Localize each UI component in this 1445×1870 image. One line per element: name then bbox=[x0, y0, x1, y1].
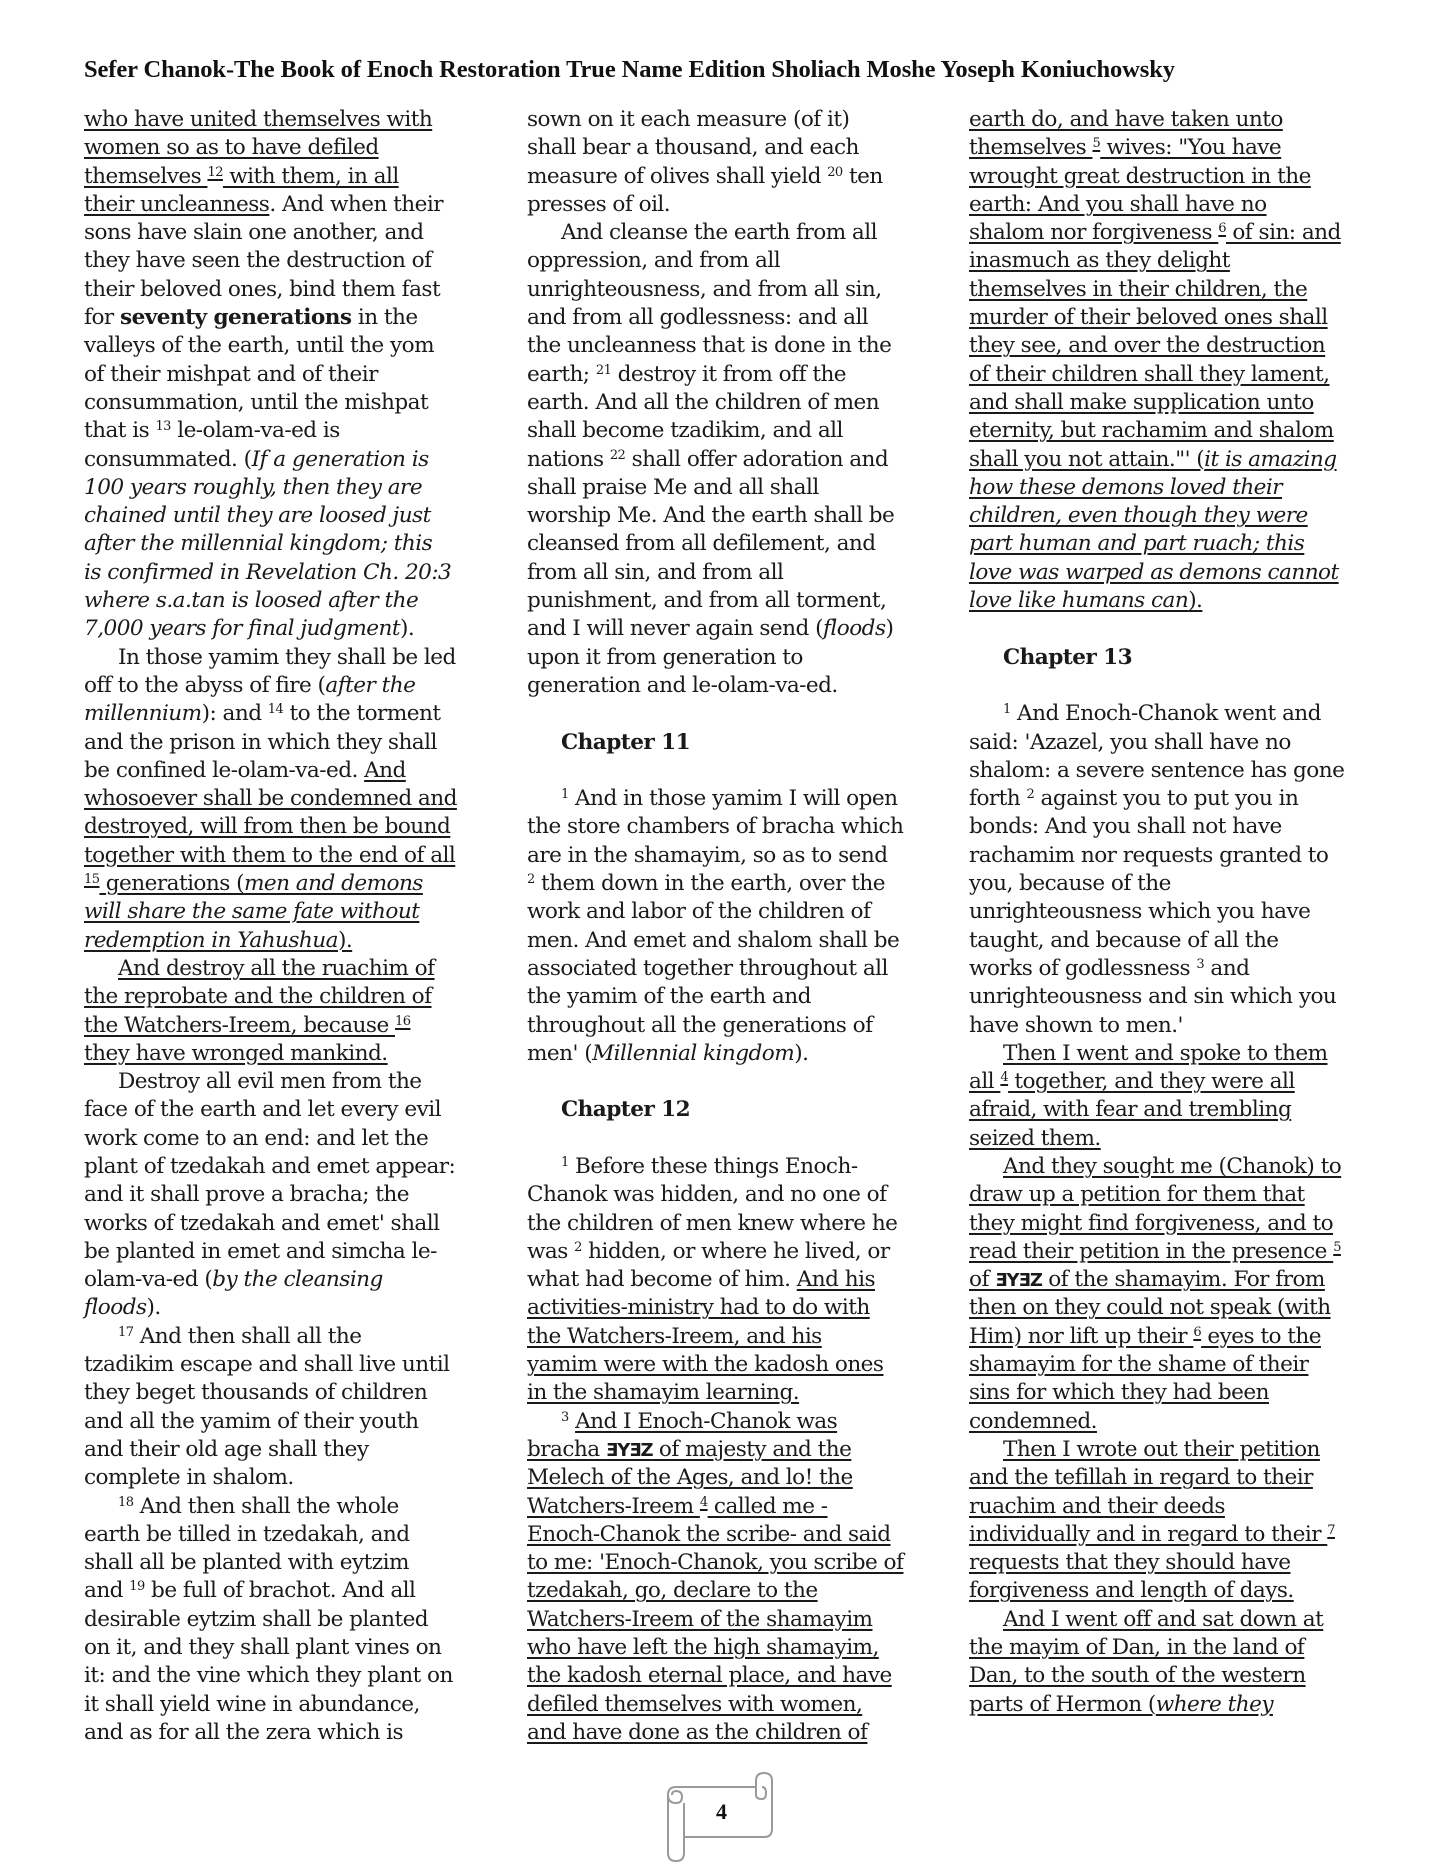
text-line: nations 22 shall offer adoration and bbox=[527, 446, 903, 474]
text-line: measure of olives shall yield 20 ten bbox=[527, 163, 903, 191]
text-run: read their petition in the presence bbox=[969, 1239, 1333, 1264]
text-run: shall become tzadikim, and all bbox=[527, 418, 843, 443]
text-run: And Enoch-Chanok went and bbox=[1011, 701, 1321, 726]
text-line: the Watchers-Ireem, because 16 bbox=[84, 1012, 457, 1040]
text-run: And cleanse the earth from all bbox=[561, 220, 877, 245]
text-line: shamayim for the shame of their bbox=[969, 1351, 1344, 1379]
text-run: Then I wrote out their petition bbox=[1003, 1437, 1320, 1462]
text-line: destroyed, will from then be bound bbox=[84, 813, 457, 841]
text-line: and as for all the zera which is bbox=[84, 1719, 457, 1747]
text-run: draw up a petition for them that bbox=[969, 1182, 1305, 1207]
text-run: sons have slain one another, and bbox=[84, 220, 423, 245]
chapter-heading: Chapter 13 bbox=[969, 644, 1344, 672]
text-line: desirable eytzim shall be planted bbox=[84, 1606, 457, 1634]
text-run: work and labor of the children of bbox=[527, 899, 870, 924]
text-line: shall you not attain."' (it is amazing bbox=[969, 446, 1344, 474]
text-line: shall bear a thousand, and each bbox=[527, 134, 903, 162]
text-run: Dan, to the south of the western bbox=[969, 1663, 1306, 1688]
text-line: be confined le-olam-va-ed. And bbox=[84, 757, 457, 785]
text-line: shalom: a severe sentence has gone bbox=[969, 757, 1344, 785]
text-line: from all sin, and from all bbox=[527, 559, 903, 587]
verse-number: 15 bbox=[84, 872, 99, 887]
text-line: 2 them down in the earth, over the bbox=[527, 870, 903, 898]
text-line: earth do, and have taken unto bbox=[969, 106, 1344, 134]
text-line: redemption in Yahushua). bbox=[84, 927, 457, 955]
text-line: draw up a petition for them that bbox=[969, 1181, 1344, 1209]
text-run: If a generation is bbox=[252, 447, 429, 472]
text-line: men' (Millennial kingdom). bbox=[527, 1040, 903, 1068]
text-run: they beget thousands of children bbox=[84, 1380, 427, 1405]
text-run: Watchers-Ireem bbox=[527, 1494, 700, 1519]
text-run: of the shamayim. For from bbox=[1042, 1267, 1325, 1292]
text-run: presses of oil. bbox=[527, 192, 670, 217]
text-line: children, even though they were bbox=[969, 502, 1344, 530]
text-line: off to the abyss of fire (after the bbox=[84, 672, 457, 700]
verse-number: 14 bbox=[268, 702, 283, 717]
text-line: forgiveness and length of days. bbox=[969, 1577, 1344, 1605]
text-line: and from all godlessness: and all bbox=[527, 304, 903, 332]
text-line: they might find forgiveness, and to bbox=[969, 1210, 1344, 1238]
text-line: In those yamim they shall be led bbox=[84, 644, 457, 672]
text-run: destroyed, will from then be bound bbox=[84, 814, 450, 839]
text-run: themselves in their children, the bbox=[969, 277, 1307, 302]
text-run: and I will never again send ( bbox=[527, 616, 823, 641]
text-run: what had become of him. bbox=[527, 1267, 797, 1292]
text-run: ). bbox=[794, 1041, 808, 1066]
text-run: floods bbox=[823, 616, 886, 641]
text-run: men and demons bbox=[244, 871, 423, 896]
text-run: . And when their bbox=[269, 192, 443, 217]
text-line: olam-va-ed (by the cleansing bbox=[84, 1266, 457, 1294]
text-line: of their mishpat and of their bbox=[84, 361, 457, 389]
text-run: nations bbox=[527, 447, 610, 472]
text-run: ) bbox=[885, 616, 893, 641]
text-line: it shall yield wine in abundance, bbox=[84, 1691, 457, 1719]
text-run: of majesty and the bbox=[653, 1437, 852, 1462]
chapter-heading: Chapter 11 bbox=[527, 729, 903, 757]
text-line: 100 years roughly, then they are bbox=[84, 474, 457, 502]
text-line: themselves in their children, the bbox=[969, 276, 1344, 304]
text-run: together, and they were all bbox=[1008, 1069, 1295, 1094]
text-line: you, because of the bbox=[969, 870, 1344, 898]
blank-line bbox=[969, 615, 1344, 643]
text-line: worship Me. And the earth shall be bbox=[527, 502, 903, 530]
verse-number: 6 bbox=[1193, 1325, 1201, 1340]
text-run: the mayim of Dan, in the land of bbox=[969, 1635, 1304, 1660]
text-run: worship Me. And the earth shall be bbox=[527, 503, 894, 528]
verse-number: 7 bbox=[1327, 1523, 1335, 1538]
verse-number: 4 bbox=[1000, 1070, 1008, 1085]
text-run: afraid, with fear and trembling bbox=[969, 1097, 1291, 1122]
text-run: upon it from generation to bbox=[527, 645, 803, 670]
text-run: the Watchers-Ireem, and his bbox=[527, 1324, 822, 1349]
blank-line bbox=[527, 757, 903, 785]
text-run: murder of their beloved ones shall bbox=[969, 305, 1328, 330]
text-run: in the shamayim learning. bbox=[527, 1380, 799, 1405]
text-run: And then shall the whole bbox=[133, 1494, 398, 1519]
text-run: to the torment bbox=[283, 701, 440, 726]
text-run: throughout all the generations of bbox=[527, 1013, 873, 1038]
verse-number: 22 bbox=[610, 448, 625, 463]
text-line: defiled themselves with women, bbox=[527, 1691, 903, 1719]
text-line: unrighteousness and sin which you bbox=[969, 983, 1344, 1011]
text-line: the uncleanness that is done in the bbox=[527, 332, 903, 360]
text-line: themselves 5 wives: "You have bbox=[969, 134, 1344, 162]
text-run: condemned. bbox=[969, 1409, 1097, 1434]
text-line: love was warped as demons cannot bbox=[969, 559, 1344, 587]
text-run: of their children shall they lament, bbox=[969, 362, 1329, 387]
text-line: And they sought me (Chanok) to bbox=[969, 1153, 1344, 1181]
text-line: Then I went and spoke to them bbox=[969, 1040, 1344, 1068]
text-run: the Watchers-Ireem, because bbox=[84, 1013, 395, 1038]
text-run: requests that they should have bbox=[969, 1550, 1291, 1575]
text-line: and have done as the children of bbox=[527, 1719, 903, 1747]
text-run: shalom nor forgiveness bbox=[969, 220, 1218, 245]
text-line: is confirmed in Revelation Ch. 20:3 bbox=[84, 559, 457, 587]
text-run: earth do, and have taken unto bbox=[969, 107, 1283, 132]
text-run: children, even though they were bbox=[969, 503, 1308, 528]
text-run: individually and in regard to their bbox=[969, 1522, 1327, 1547]
text-line: unrighteousness, and from all sin, bbox=[527, 276, 903, 304]
text-line: afraid, with fear and trembling bbox=[969, 1096, 1344, 1124]
text-line: earth: And you shall have no bbox=[969, 191, 1344, 219]
text-run: seventy generations bbox=[120, 305, 352, 330]
text-line: and all the yamim of their youth bbox=[84, 1408, 457, 1436]
text-run: unrighteousness which you have bbox=[969, 899, 1310, 924]
text-run: where s.a.tan is loosed after the bbox=[84, 588, 418, 613]
text-run: ). bbox=[338, 928, 352, 953]
text-run: earth. And all the children of men bbox=[527, 390, 879, 415]
text-line: and shall make supplication unto bbox=[969, 389, 1344, 417]
text-line: to me: 'Enoch-Chanok, you scribe of bbox=[527, 1549, 903, 1577]
text-line: Chanok was hidden, and no one of bbox=[527, 1181, 903, 1209]
text-run: the uncleanness that is done in the bbox=[527, 333, 891, 358]
verse-number: 1 bbox=[1003, 702, 1011, 717]
text-run: destroy it from off the bbox=[611, 362, 846, 387]
text-line: 18 And then shall the whole bbox=[84, 1493, 457, 1521]
blank-line bbox=[527, 1068, 903, 1096]
text-run: they might find forgiveness, and to bbox=[969, 1211, 1333, 1236]
text-line: earth. And all the children of men bbox=[527, 389, 903, 417]
text-line: love like humans can). bbox=[969, 587, 1344, 615]
text-line: consummation, until the mishpat bbox=[84, 389, 457, 417]
text-line: sons have slain one another, and bbox=[84, 219, 457, 247]
text-run: ). bbox=[400, 616, 414, 641]
text-run: eternity, but rachamim and shalom bbox=[969, 418, 1334, 443]
text-line: the kadosh eternal place, and have bbox=[527, 1662, 903, 1690]
text-run: forth bbox=[969, 786, 1026, 811]
text-run: who have united themselves with bbox=[84, 107, 432, 132]
text-run: redemption in Yahushua bbox=[84, 928, 338, 953]
text-line: punishment, and from all torment, bbox=[527, 587, 903, 615]
text-run: is confirmed in Revelation Ch. 20:3 bbox=[84, 560, 451, 585]
text-run: on it, and they shall plant vines on bbox=[84, 1635, 441, 1660]
text-line: and their old age shall they bbox=[84, 1436, 457, 1464]
text-line: be planted in emet and simcha le- bbox=[84, 1238, 457, 1266]
text-line: taught, and because of all the bbox=[969, 927, 1344, 955]
text-line: earth; 21 destroy it from off the bbox=[527, 361, 903, 389]
text-run: shalom: a severe sentence has gone bbox=[969, 758, 1344, 783]
text-run: off to the abyss of fire ( bbox=[84, 673, 325, 698]
text-run: shall praise Me and all shall bbox=[527, 475, 819, 500]
text-run: Before these things Enoch- bbox=[569, 1154, 858, 1179]
text-run: for bbox=[84, 305, 120, 330]
text-line: sown on it each measure (of it) bbox=[527, 106, 903, 134]
text-line: individually and in regard to their 7 bbox=[969, 1521, 1344, 1549]
text-run: it shall yield wine in abundance, bbox=[84, 1692, 420, 1717]
text-line: bonds: And you shall not have bbox=[969, 813, 1344, 841]
text-run: rachamim nor requests granted to bbox=[969, 843, 1328, 868]
text-line: it: and the vine which they plant on bbox=[84, 1662, 457, 1690]
page-number: 4 bbox=[716, 1799, 727, 1825]
text-line: generation and le-olam-va-ed. bbox=[527, 672, 903, 700]
text-run: ): and bbox=[202, 701, 268, 726]
text-line: Dan, to the south of the western bbox=[969, 1662, 1344, 1690]
text-line: and I will never again send (floods) bbox=[527, 615, 903, 643]
text-run: shall bear a thousand, and each bbox=[527, 135, 859, 160]
text-run: sown on it each measure (of it) bbox=[527, 107, 849, 132]
text-run: they have seen the destruction of bbox=[84, 248, 432, 273]
divine-name-glyph: ƎYƎZ bbox=[995, 1270, 1042, 1291]
text-run: and from all godlessness: and all bbox=[527, 305, 868, 330]
text-run: bonds: And you shall not have bbox=[969, 814, 1282, 839]
text-run: activities-ministry had to do with bbox=[527, 1295, 870, 1320]
text-line: Destroy all evil men from the bbox=[84, 1068, 457, 1096]
verse-number: 17 bbox=[118, 1325, 133, 1340]
text-run: 7,000 years for final judgment bbox=[84, 616, 400, 641]
text-line: themselves 12 with them, in all bbox=[84, 163, 457, 191]
verse-number: 21 bbox=[596, 363, 611, 378]
verse-number: 2 bbox=[527, 872, 535, 887]
blank-line bbox=[969, 672, 1344, 700]
text-run: tzedakah, go, declare to the bbox=[527, 1578, 818, 1603]
text-run: yamim were with the kadosh ones bbox=[527, 1352, 883, 1377]
text-line: oppression, and from all bbox=[527, 247, 903, 275]
text-line: how these demons loved their bbox=[969, 474, 1344, 502]
text-line: Then I wrote out their petition bbox=[969, 1436, 1344, 1464]
text-run: you, because of the bbox=[969, 871, 1171, 896]
chapter-heading: Chapter 12 bbox=[527, 1096, 903, 1124]
text-run: their uncleanness bbox=[84, 192, 269, 217]
text-run: all bbox=[969, 1069, 1000, 1094]
text-run: And then shall all the bbox=[133, 1324, 361, 1349]
text-line: said: 'Azazel, you shall have no bbox=[969, 729, 1344, 757]
text-run: Destroy all evil men from the bbox=[118, 1069, 422, 1094]
text-line: in the shamayim learning. bbox=[527, 1379, 903, 1407]
text-line: the store chambers of bracha which bbox=[527, 813, 903, 841]
text-run: wrought great destruction in the bbox=[969, 164, 1311, 189]
text-run: earth; bbox=[527, 362, 596, 387]
text-run: said: 'Azazel, you shall have no bbox=[969, 730, 1291, 755]
text-line: they beget thousands of children bbox=[84, 1379, 457, 1407]
text-line: who have left the high shamayim, bbox=[527, 1634, 903, 1662]
text-line: unrighteousness which you have bbox=[969, 898, 1344, 926]
text-run: the children of men knew where he bbox=[527, 1211, 897, 1236]
text-run: olam-va-ed ( bbox=[84, 1267, 212, 1292]
text-run: And destroy all the ruachim of bbox=[118, 956, 435, 981]
text-run: Chanok was hidden, and no one of bbox=[527, 1182, 887, 1207]
text-line: 7,000 years for final judgment). bbox=[84, 615, 457, 643]
text-line: consummated. (If a generation is bbox=[84, 446, 457, 474]
text-line: have shown to men.' bbox=[969, 1012, 1344, 1040]
text-run: valleys of the earth, until the yom bbox=[84, 333, 434, 358]
text-line: chained until they are loosed just bbox=[84, 502, 457, 530]
text-run: generation and le-olam-va-ed. bbox=[527, 673, 838, 698]
text-run: shall all be planted with eytzim bbox=[84, 1550, 409, 1575]
verse-number: 3 bbox=[561, 1410, 569, 1425]
text-run: consummation, until the mishpat bbox=[84, 390, 428, 415]
text-line: the reprobate and the children of bbox=[84, 983, 457, 1011]
text-run: seized them. bbox=[969, 1126, 1101, 1151]
text-line: Watchers-Ireem 4 called me - bbox=[527, 1493, 903, 1521]
text-line: then on they could not speak (with bbox=[969, 1294, 1344, 1322]
text-run: who have left the high shamayim, bbox=[527, 1635, 879, 1660]
text-line: forth 2 against you to put you in bbox=[969, 785, 1344, 813]
text-line: read their petition in the presence 5 bbox=[969, 1238, 1344, 1266]
text-run: themselves bbox=[969, 135, 1092, 160]
text-run: called me - bbox=[708, 1494, 828, 1519]
text-run: millennium bbox=[84, 701, 202, 726]
text-line: what had become of him. And his bbox=[527, 1266, 903, 1294]
text-line: men. And emet and shalom shall be bbox=[527, 927, 903, 955]
text-line: 1 Before these things Enoch- bbox=[527, 1153, 903, 1181]
text-run: Millennial kingdom bbox=[592, 1041, 794, 1066]
text-run: love like humans can bbox=[969, 588, 1188, 613]
text-run: consummated. ( bbox=[84, 447, 252, 472]
text-run: chained until they are loosed just bbox=[84, 503, 431, 528]
text-line: works of tzedakah and emet' shall bbox=[84, 1210, 457, 1238]
text-run: ). bbox=[147, 1295, 161, 1320]
text-line: of ƎYƎZ of the shamayim. For from bbox=[969, 1266, 1344, 1294]
text-line: And cleanse the earth from all bbox=[527, 219, 903, 247]
text-line: their uncleanness. And when their bbox=[84, 191, 457, 219]
text-run: them down in the earth, over the bbox=[535, 871, 885, 896]
text-line: all 4 together, and they were all bbox=[969, 1068, 1344, 1096]
text-column-1: who have united themselves withwomen so … bbox=[84, 106, 457, 1747]
text-run: the reprobate and the children of bbox=[84, 984, 432, 1009]
text-line: whosoever shall be condemned and bbox=[84, 785, 457, 813]
text-line: their beloved ones, bind them fast bbox=[84, 276, 457, 304]
text-run: and their old age shall they bbox=[84, 1437, 369, 1462]
text-run: And they sought me (Chanok) to bbox=[1003, 1154, 1341, 1179]
text-run: love was warped as demons cannot bbox=[969, 560, 1339, 585]
text-run: works of godlessness bbox=[969, 956, 1196, 981]
verse-number: 12 bbox=[207, 165, 222, 180]
text-run: and have done as the children of bbox=[527, 1720, 867, 1745]
text-line: Him) nor lift up their 6 eyes to the bbox=[969, 1323, 1344, 1351]
text-line: upon it from generation to bbox=[527, 644, 903, 672]
text-line: Enoch-Chanok the scribe- and said bbox=[527, 1521, 903, 1549]
text-line: on it, and they shall plant vines on bbox=[84, 1634, 457, 1662]
text-column-3: earth do, and have taken untothemselves … bbox=[969, 106, 1344, 1719]
text-line: that is 13 le-olam-va-ed is bbox=[84, 417, 457, 445]
text-line: And destroy all the ruachim of bbox=[84, 955, 457, 983]
text-run: they see, and over the destruction bbox=[969, 333, 1325, 358]
text-run: how these demons loved their bbox=[969, 475, 1282, 500]
text-run: shall offer adoration and bbox=[625, 447, 888, 472]
text-run: then on they could not speak (with bbox=[969, 1295, 1331, 1320]
text-run: of their mishpat and of their bbox=[84, 362, 378, 387]
text-run: where they bbox=[1156, 1692, 1273, 1717]
text-run: forgiveness and length of days. bbox=[969, 1578, 1294, 1603]
text-run: was bbox=[527, 1239, 574, 1264]
text-run: in the bbox=[352, 305, 418, 330]
verse-number: 13 bbox=[155, 419, 170, 434]
text-run: tzadikim escape and shall live until bbox=[84, 1352, 449, 1377]
text-run: eyes to the bbox=[1201, 1324, 1321, 1349]
text-line: inasmuch as they delight bbox=[969, 247, 1344, 275]
text-line: shalom nor forgiveness 6 of sin: and bbox=[969, 219, 1344, 247]
text-line: of their children shall they lament, bbox=[969, 361, 1344, 389]
text-run: And his bbox=[797, 1267, 875, 1292]
text-run: And in those yamim I will open bbox=[569, 786, 898, 811]
text-run: have shown to men.' bbox=[969, 1013, 1183, 1038]
text-line: the Watchers-Ireem, and his bbox=[527, 1323, 903, 1351]
text-line: millennium): and 14 to the torment bbox=[84, 700, 457, 728]
divine-name-glyph: ƎYƎZ bbox=[606, 1440, 653, 1461]
text-run: oppression, and from all bbox=[527, 248, 780, 273]
text-run: taught, and because of all the bbox=[969, 928, 1279, 953]
verse-number: 4 bbox=[700, 1495, 708, 1510]
text-line: and the tefillah in regard to their bbox=[969, 1464, 1344, 1492]
text-run: ). bbox=[1188, 588, 1202, 613]
text-run: it is amazing bbox=[1204, 447, 1336, 472]
text-run: men' ( bbox=[527, 1041, 592, 1066]
text-run: Chapter 13 bbox=[1003, 645, 1132, 670]
text-run: Watchers-Ireem of the shamayim bbox=[527, 1607, 872, 1632]
text-run: together with them to the end of all bbox=[84, 843, 455, 868]
text-run: are in the shamayim, so as to send bbox=[527, 843, 887, 868]
verse-number: 2 bbox=[574, 1240, 582, 1255]
text-run: whosoever shall be condemned and bbox=[84, 786, 457, 811]
text-run: unrighteousness, and from all sin, bbox=[527, 277, 882, 302]
text-line: Melech of the Ages, and lo! the bbox=[527, 1464, 903, 1492]
text-run: face of the earth and let every evil bbox=[84, 1097, 441, 1122]
text-line: shall praise Me and all shall bbox=[527, 474, 903, 502]
text-run: with them, in all bbox=[223, 164, 399, 189]
text-line: parts of Hermon (where they bbox=[969, 1691, 1344, 1719]
text-run: plant of tzedakah and emet appear: bbox=[84, 1154, 455, 1179]
text-run: In those yamim they shall be led bbox=[118, 645, 456, 670]
text-run: be confined le-olam-va-ed. bbox=[84, 758, 364, 783]
text-line: 15 generations (men and demons bbox=[84, 870, 457, 898]
text-run: generations ( bbox=[99, 871, 244, 896]
text-run: from all sin, and from all bbox=[527, 560, 783, 585]
text-run: work come to an end: and let the bbox=[84, 1126, 428, 1151]
text-run: works of tzedakah and emet' shall bbox=[84, 1211, 439, 1236]
text-run: punishment, and from all torment, bbox=[527, 588, 886, 613]
text-run: earth be tilled in tzedakah, and bbox=[84, 1522, 410, 1547]
text-line: where s.a.tan is loosed after the bbox=[84, 587, 457, 615]
text-run: be full of brachot. And all bbox=[145, 1578, 416, 1603]
verse-number: 19 bbox=[129, 1579, 144, 1594]
text-line: rachamim nor requests granted to bbox=[969, 842, 1344, 870]
text-run: themselves bbox=[84, 164, 207, 189]
text-line: throughout all the generations of bbox=[527, 1012, 903, 1040]
text-run: floods bbox=[84, 1295, 147, 1320]
text-line: bracha ƎYƎZ of majesty and the bbox=[527, 1436, 903, 1464]
text-line: shall become tzadikim, and all bbox=[527, 417, 903, 445]
text-run: Chapter 12 bbox=[561, 1097, 690, 1122]
text-line: seized them. bbox=[969, 1125, 1344, 1153]
text-run: desirable eytzim shall be planted bbox=[84, 1607, 428, 1632]
text-run: earth: And you shall have no bbox=[969, 192, 1267, 217]
text-run: Melech of the Ages, and lo! the bbox=[527, 1465, 853, 1490]
text-run: hidden, or where he lived, or bbox=[582, 1239, 890, 1264]
text-run: the store chambers of bracha which bbox=[527, 814, 903, 839]
verse-number: 18 bbox=[118, 1495, 133, 1510]
text-run: And bbox=[364, 758, 406, 783]
